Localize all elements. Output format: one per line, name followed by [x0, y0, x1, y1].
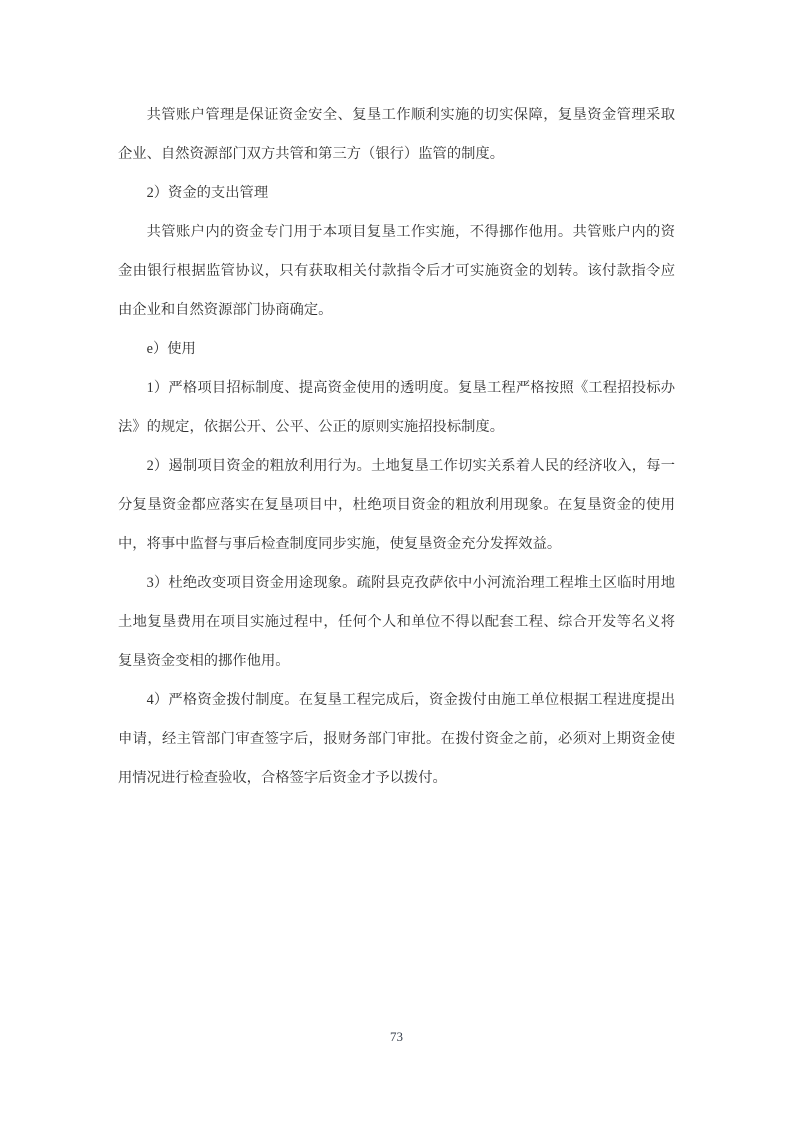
list-item-curb-waste: 2）遏制项目资金的粗放利用行为。土地复垦工作切实关系着人民的经济收入，每一分复垦…	[118, 447, 675, 564]
heading-usage: e）使用	[118, 330, 675, 369]
list-item-no-misuse: 3）杜绝改变项目资金用途现象。疏附县克孜萨依中小河流治理工程堆土区临时用地土地复…	[118, 564, 675, 681]
list-item-appropriation-system: 4）严格资金拨付制度。在复垦工程完成后，资金拨付由施工单位根据工程进度提出申请，…	[118, 681, 675, 798]
paragraph-joint-account-guarantee: 共管账户管理是保证资金安全、复垦工作顺利实施的切实保障，复垦资金管理采取企业、自…	[118, 96, 675, 174]
page-number: 73	[0, 1028, 793, 1046]
document-page: 共管账户管理是保证资金安全、复垦工作顺利实施的切实保障，复垦资金管理采取企业、自…	[0, 0, 793, 1121]
list-item-bidding-system: 1）严格项目招标制度、提高资金使用的透明度。复垦工程严格按照《工程招投标办法》的…	[118, 369, 675, 447]
paragraph-expenditure-detail: 共管账户内的资金专门用于本项目复垦工作实施，不得挪作他用。共管账户内的资金由银行…	[118, 213, 675, 330]
heading-expenditure-management: 2）资金的支出管理	[118, 174, 675, 213]
document-body: 共管账户管理是保证资金安全、复垦工作顺利实施的切实保障，复垦资金管理采取企业、自…	[118, 96, 675, 798]
